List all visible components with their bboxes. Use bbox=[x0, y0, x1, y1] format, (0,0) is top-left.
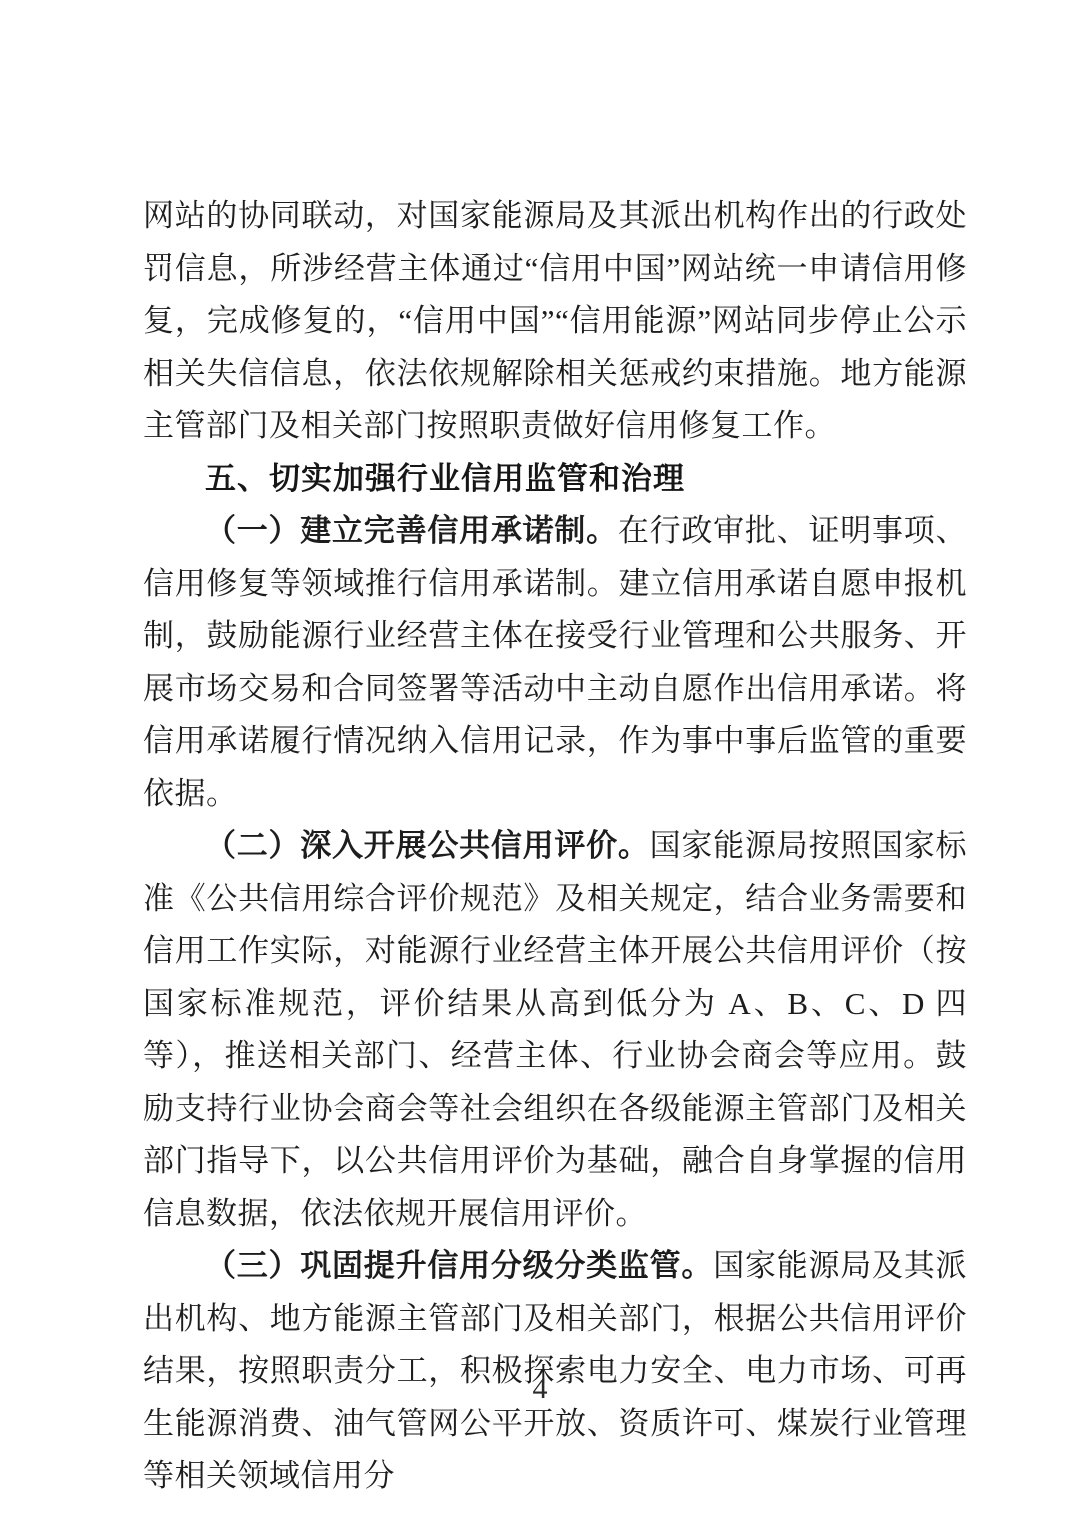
section-heading: 五、切实加强行业信用监管和治理 bbox=[143, 453, 967, 506]
page-number: 4 bbox=[0, 1372, 1080, 1406]
paragraph-text: 国家能源局按照国家标准《公共信用综合评价规范》及相关规定，结合业务需要和信用工作… bbox=[143, 828, 967, 1231]
paragraph-lead: （三）巩固提升信用分级分类监管。 bbox=[205, 1248, 713, 1283]
paragraph-lead: （二）深入开展公共信用评价。 bbox=[205, 828, 650, 863]
paragraph-continuation: 网站的协同联动，对国家能源局及其派出机构作出的行政处罚信息，所涉经营主体通过“信… bbox=[143, 190, 967, 453]
paragraph-lead: （一）建立完善信用承诺制。 bbox=[205, 513, 618, 548]
paragraph-item-1: （一）建立完善信用承诺制。在行政审批、证明事项、信用修复等领域推行信用承诺制。建… bbox=[143, 505, 967, 820]
paragraph-text: 在行政审批、证明事项、信用修复等领域推行信用承诺制。建立信用承诺自愿申报机制，鼓… bbox=[143, 513, 967, 811]
document-body: 网站的协同联动，对国家能源局及其派出机构作出的行政处罚信息，所涉经营主体通过“信… bbox=[143, 190, 967, 1503]
paragraph-text: 国家能源局及其派出机构、地方能源主管部门及相关部门，根据公共信用评价结果，按照职… bbox=[143, 1248, 967, 1493]
paragraph-item-2: （二）深入开展公共信用评价。国家能源局按照国家标准《公共信用综合评价规范》及相关… bbox=[143, 820, 967, 1240]
document-page: 网站的协同联动，对国家能源局及其派出机构作出的行政处罚信息，所涉经营主体通过“信… bbox=[0, 0, 1080, 1527]
